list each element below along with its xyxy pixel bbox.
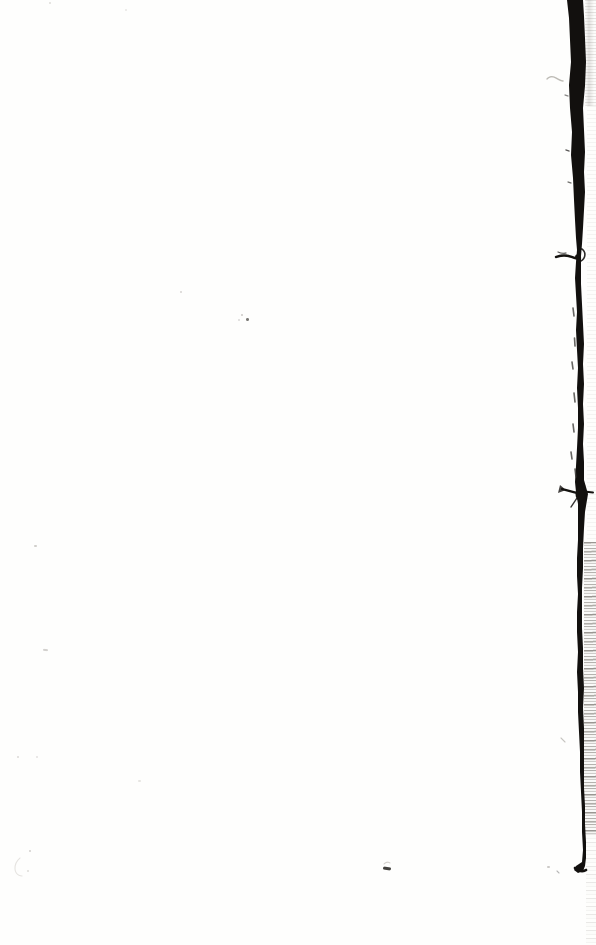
dust-speck [246, 318, 249, 321]
stray-ink-dashes [571, 308, 576, 477]
dust-speck [34, 545, 37, 547]
dust-speck [36, 756, 38, 758]
dust-speck [29, 850, 31, 852]
dust-speck [547, 866, 550, 868]
scanned-page [0, 0, 596, 945]
dust-speck [138, 780, 141, 782]
dust-speck [125, 9, 127, 11]
dust-speck [27, 870, 29, 872]
dust-speck [241, 314, 243, 316]
dust-speck [43, 649, 48, 651]
dust-speck [49, 2, 51, 4]
binding-thread-knot-lower [558, 485, 593, 507]
binding-gutter-artwork [0, 0, 596, 945]
dust-speck [180, 291, 182, 293]
dust-speck [17, 756, 19, 758]
dust-speck [238, 319, 240, 321]
faint-pencil-marks [15, 77, 565, 876]
binding-gutter-line [567, 0, 588, 873]
